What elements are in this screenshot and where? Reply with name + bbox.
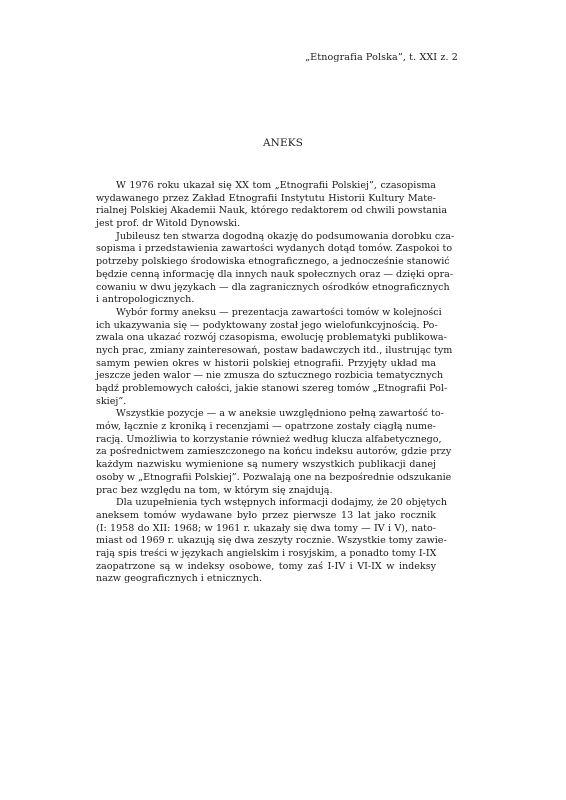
body-text: W 1976 roku ukazał się XX tom „Etnografi… <box>96 180 436 586</box>
text-line: mów, łącznie z kroniką i recenzjami — op… <box>96 421 436 434</box>
text-line: ich ukazywania się — podyktowany został … <box>96 320 436 333</box>
text-line: prac bez względu na tom, w którym się zn… <box>96 485 436 498</box>
text-line: aneksem tomów wydawane było przez pierws… <box>96 510 436 523</box>
text-line: będzie cenną informację dla innych nauk … <box>96 269 436 282</box>
text-line: potrzeby polskiego środowiska etnografic… <box>96 256 436 269</box>
paragraph-4: Wszystkie pozycje — a w aneksie uwzględn… <box>96 408 436 497</box>
text-line: nych prac, zmiany zainteresowań, postaw … <box>96 345 436 358</box>
text-line: skiej”. <box>96 396 436 409</box>
text-line: W 1976 roku ukazał się XX tom „Etnografi… <box>96 180 436 193</box>
text-line: osoby w „Etnografii Polskiej”. Pozwalają… <box>96 472 436 485</box>
text-line: rialnej Polskiej Akademii Nauk, którego … <box>96 205 436 218</box>
text-line: i antropologicznych. <box>96 294 436 307</box>
text-line: zwala ona ukazać rozwój czasopisma, ewol… <box>96 332 436 345</box>
text-line: jeszcze jeden walor — nie zmusza do sztu… <box>96 370 436 383</box>
text-line: Wszystkie pozycje — a w aneksie uwzględn… <box>96 408 436 421</box>
paragraph-5: Dla uzupełnienia tych wstępnych informac… <box>96 497 436 586</box>
section-title-text: ANEKS <box>263 137 303 149</box>
text-line: Wybór formy aneksu — prezentacja zawarto… <box>96 307 436 320</box>
text-line: każdym nazwisku wymienione są numery wsz… <box>96 459 436 472</box>
text-line: (I: 1958 do XII: 1968; w 1961 r. ukazały… <box>96 523 436 536</box>
text-line: cowaniu w dwu językach — dla zagraniczny… <box>96 282 436 295</box>
paragraph-3: Wybór formy aneksu — prezentacja zawarto… <box>96 307 436 409</box>
text-line: jest prof. dr Witold Dynowski. <box>96 218 436 231</box>
text-line: miast od 1969 r. ukazują się dwa zeszyty… <box>96 535 436 548</box>
paragraph-1: W 1976 roku ukazał się XX tom „Etnografi… <box>96 180 436 231</box>
text-line: racją. Umożliwia to korzystanie również … <box>96 434 436 447</box>
text-line: samym pewien okres w historii polskiej e… <box>96 358 436 371</box>
text-line: Dla uzupełnienia tych wstępnych informac… <box>96 497 436 510</box>
paragraph-2: Jubileusz ten stwarza dogodną okazję do … <box>96 231 436 307</box>
text-line: sopisma i przedstawienia zawartości wyda… <box>96 243 436 256</box>
text-line: Jubileusz ten stwarza dogodną okazję do … <box>96 231 436 244</box>
text-line: rają spis treści w językach angielskim i… <box>96 548 436 561</box>
text-line: nazw geograficznych i etnicznych. <box>96 573 436 586</box>
section-title: ANEKS <box>0 137 566 149</box>
text-line: wydawanego przez Zakład Etnografii Insty… <box>96 193 436 206</box>
running-header: „Etnografia Polska”, t. XXI z. 2 <box>305 52 458 63</box>
text-line: zaopatrzone są w indeksy osobowe, tomy z… <box>96 561 436 574</box>
text-line: za pośrednictwem zamieszczonego na końcu… <box>96 446 436 459</box>
text-line: bądź problemowych całości, jakie stanowi… <box>96 383 436 396</box>
